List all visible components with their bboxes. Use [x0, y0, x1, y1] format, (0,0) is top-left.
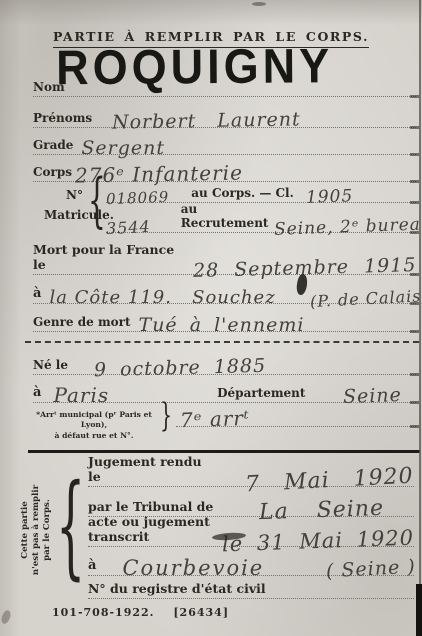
arrondissement-label-line2: à défaut rue et N°. — [55, 431, 134, 440]
field-ne-le: Né le 9 octobre 1885 — [33, 352, 416, 375]
side-note-line1: Cette partie — [20, 501, 30, 559]
field-jugement-lieu-value: Courbevoie — [122, 556, 264, 580]
arrondissement-brace: } — [160, 397, 172, 434]
field-genre-mort: Genre de mort Tué à l'ennemi — [33, 305, 416, 332]
jugement-brace: { — [56, 459, 85, 591]
footer-imprint: 101-708-1922. [26434] — [52, 606, 229, 619]
field-transcription-label: acte ou jugement transcrit — [88, 514, 230, 546]
field-arrondissement: 7ᵉ arrᵗ — [176, 404, 416, 427]
side-note-line3: par le Corps. — [42, 499, 52, 561]
section-divider — [25, 341, 419, 343]
field-genre-mort-value: Tué à l'ennemi — [139, 314, 305, 336]
scan-edge-blob — [416, 584, 422, 636]
scan-edge-line — [419, 0, 421, 636]
matricule-label-no: N° — [66, 188, 83, 202]
imprint-number: 101-708-1922. — [52, 606, 155, 619]
field-prenoms: Prénoms Norbert Laurent — [33, 100, 416, 128]
field-jugement-rendu-label: Jugement rendu le — [88, 454, 209, 486]
side-note: Cette partie n'est pas à remplir par le … — [20, 466, 60, 594]
field-arrondissement-value: 7ᵉ arrᵗ — [180, 406, 251, 432]
scan-speck-top — [252, 2, 266, 6]
scan-speck-left — [0, 609, 12, 625]
field-grade: Grade Sergent — [33, 128, 416, 155]
field-lieu-naissance-value: Paris — [53, 383, 109, 407]
field-nom-label: Nom — [33, 80, 65, 96]
arrondissement-label-line1: *Arrᵗ municipal (pʳ Paris et Lyon), — [36, 410, 152, 429]
field-mort-label: Mort pour la France le — [33, 242, 179, 274]
field-ne-le-value: 9 octobre 1885 — [94, 355, 267, 381]
field-jugement-lieu-label: à — [88, 558, 96, 575]
field-lieu-mort: à la Côte 119. Souchez (P. de Calais) — [33, 276, 416, 304]
jugement-divider — [28, 450, 420, 453]
record-card: PARTIE À REMPLIR PAR LE CORPS. ROQUIGNY … — [0, 0, 422, 636]
bureau-value: Seine, 2ᵉ bureau — [274, 214, 422, 240]
field-grade-label: Grade — [33, 138, 73, 154]
field-lieu-mort-label: à — [33, 286, 41, 303]
field-registre: N° du registre d'état civil — [88, 578, 414, 599]
matricule-recrutement-label: au Recrutement — [181, 202, 269, 232]
imprint-reference: [26434] — [173, 606, 229, 619]
field-jugement-lieu: à Courbevoie ( Seine ) — [88, 548, 414, 576]
field-prenoms-label: Prénoms — [33, 111, 92, 127]
field-lieu-naissance: à Paris Département Seine — [33, 379, 416, 403]
field-matricule-recrutement: 3544 au Recrutement Seine, 2ᵉ bureau — [106, 205, 416, 233]
field-genre-mort-label: Genre de mort — [33, 315, 131, 331]
field-nom: Nom — [33, 72, 416, 97]
matricule-recrutement-value: 3544 — [106, 217, 152, 238]
field-transcription: acte ou jugement transcrit le 31 Mai 192… — [88, 518, 414, 547]
matricule-corps-label: au Corps. — Cl. — [191, 186, 294, 202]
field-mort: Mort pour la France le 28 Septembre 1915 — [33, 248, 416, 275]
side-note-line2: n'est pas à remplir — [31, 485, 41, 575]
field-matricule-corps: 018069 au Corps. — Cl. 1905 — [106, 176, 416, 203]
field-registre-label: N° du registre d'état civil — [88, 581, 266, 598]
field-tribunal: par le Tribunal de La Seine — [88, 490, 414, 517]
field-departement-label: Département — [217, 386, 305, 402]
arrondissement-label: *Arrᵗ municipal (pʳ Paris et Lyon), à dé… — [30, 410, 158, 441]
matricule-brace: { — [88, 166, 106, 235]
field-lieu-naissance-label: à — [33, 385, 41, 402]
field-ne-le-label: Né le — [33, 358, 68, 374]
field-jugement-rendu: Jugement rendu le 7 Mai 1920 — [88, 460, 414, 487]
field-corps-label: Corps — [33, 165, 72, 181]
